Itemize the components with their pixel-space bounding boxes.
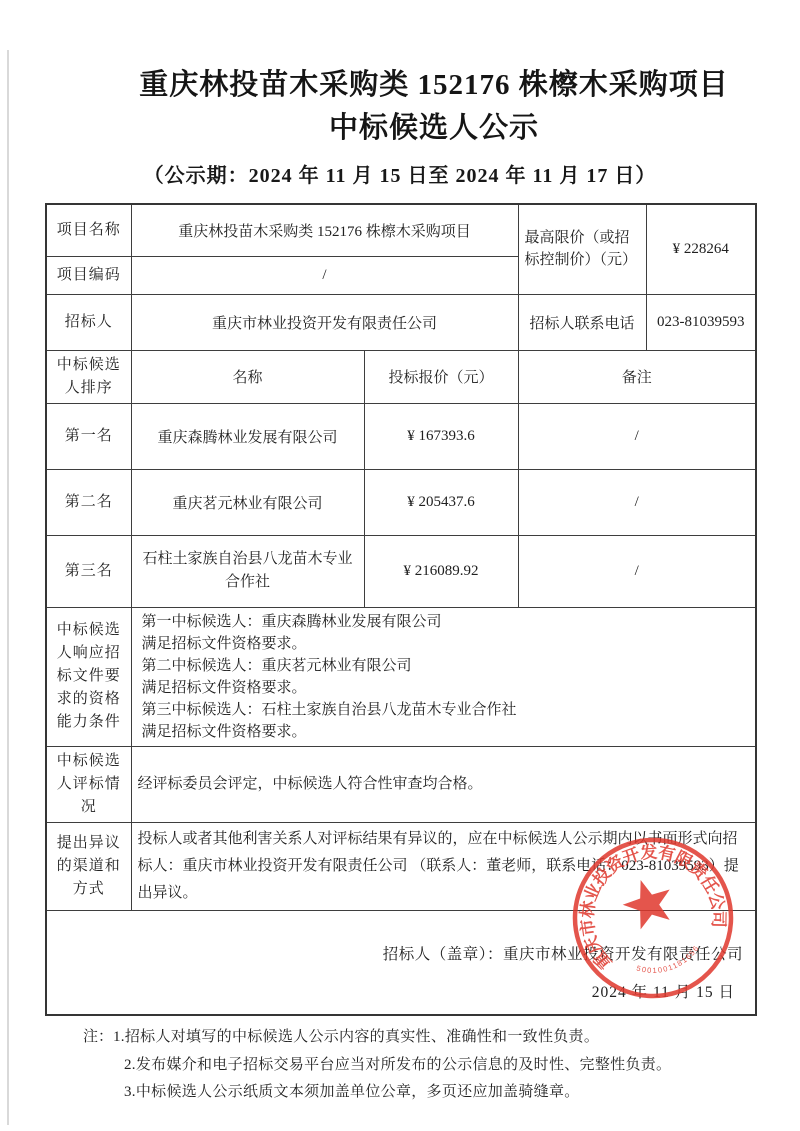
candidate-3-rank: 第三名 [46, 535, 131, 607]
tenderer-phone-label: 招标人联系电话 [518, 294, 646, 350]
notice-document: 重庆林投苗木采购类 152176 株檫木采购项目 中标候选人公示 （公示期：20… [0, 0, 800, 1107]
tenderer-value: 重庆市林业投资开发有限责任公司 [131, 294, 518, 350]
tenderer-phone-value: 023-81039593 [646, 294, 756, 350]
candidate-2-name: 重庆茗元林业有限公司 [131, 469, 364, 535]
footnote-3: 3.中标候选人公示纸质文本须加盖单位公章，多页还应加盖骑缝章。 [124, 1079, 755, 1107]
name-header: 名称 [131, 350, 364, 403]
footnote-1: 1.招标人对填写的中标候选人公示内容的真实性、准确性和一致性负责。 [113, 1024, 755, 1052]
rank-header: 中标候选人排序 [46, 350, 131, 403]
tenderer-label: 招标人 [46, 294, 131, 350]
qualification-line: 第三中标候选人：石柱土家族自治县八龙苗木专业合作社 [138, 699, 750, 721]
remark-header: 备注 [518, 350, 756, 403]
evaluation-content: 经评标委员会评定，中标候选人符合性审查均合格。 [131, 746, 756, 822]
title-line-2: 中标候选人公示 [79, 107, 789, 150]
title-line-1: 重庆林投苗木采购类 152176 株檫木采购项目 [79, 64, 789, 107]
candidate-row-2: 第二名 重庆茗元林业有限公司 ¥ 205437.6 / [46, 469, 756, 535]
qualification-line: 第二中标候选人：重庆茗元林业有限公司 [138, 655, 750, 677]
candidate-1-price: ¥ 167393.6 [364, 403, 518, 469]
max-price-label: 最高限价（或招标控制价）（元） [518, 204, 646, 294]
project-code-label: 项目编码 [46, 256, 131, 294]
candidate-1-name: 重庆森腾林业发展有限公司 [131, 403, 364, 469]
signature-cell: 招标人（盖章）：重庆市林业投资开发有限责任公司 2024 年 11 月 15 日 [46, 910, 756, 1015]
document-title: 重庆林投苗木采购类 152176 株檫木采购项目 中标候选人公示 [79, 64, 789, 150]
candidate-3-price: ¥ 216089.92 [364, 535, 518, 607]
candidate-1-rank: 第一名 [46, 403, 131, 469]
price-header: 投标报价（元） [364, 350, 518, 403]
qualification-line: 满足招标文件资格要求。 [138, 677, 750, 699]
project-name-label: 项目名称 [46, 204, 131, 256]
qualification-line: 满足招标文件资格要求。 [138, 633, 750, 655]
signature-date: 2024 年 11 月 15 日 [53, 964, 749, 1002]
footnotes: 注： 1.招标人对填写的中标候选人公示内容的真实性、准确性和一致性负责。 2.发… [45, 1024, 755, 1107]
objection-label: 提出异议的渠道和方式 [46, 822, 131, 910]
objection-content: 投标人或者其他利害关系人对评标结果有异议的，应在中标候选人公示期内以书面形式向招… [131, 822, 756, 910]
candidate-3-remark: / [518, 535, 756, 607]
project-code-value: / [131, 256, 518, 294]
candidate-2-price: ¥ 205437.6 [364, 469, 518, 535]
qualification-label: 中标候选人响应招标文件要求的资格能力条件 [46, 607, 131, 746]
candidate-2-remark: / [518, 469, 756, 535]
tenderer-signature: 招标人（盖章）：重庆市林业投资开发有限责任公司 [53, 922, 749, 964]
qualification-line: 第一中标候选人：重庆森腾林业发展有限公司 [138, 611, 750, 633]
candidate-2-rank: 第二名 [46, 469, 131, 535]
candidate-1-remark: / [518, 403, 756, 469]
candidate-row-3: 第三名 石柱土家族自治县八龙苗木专业合作社 ¥ 216089.92 / [46, 535, 756, 607]
candidate-row-1: 第一名 重庆森腾林业发展有限公司 ¥ 167393.6 / [46, 403, 756, 469]
publicity-period: （公示期：2024 年 11 月 15 日至 2024 年 11 月 17 日） [45, 159, 755, 188]
max-price-value: ¥ 228264 [646, 204, 756, 294]
evaluation-label: 中标候选人评标情况 [46, 746, 131, 822]
footnote-2: 2.发布媒介和电子招标交易平台应当对所发布的公示信息的及时性、完整性负责。 [124, 1052, 755, 1080]
project-name-value: 重庆林投苗木采购类 152176 株檫木采购项目 [131, 204, 518, 256]
qualification-line: 满足招标文件资格要求。 [138, 721, 750, 743]
qualification-content: 第一中标候选人：重庆森腾林业发展有限公司 满足招标文件资格要求。 第二中标候选人… [131, 607, 756, 746]
candidate-3-name: 石柱土家族自治县八龙苗木专业合作社 [131, 535, 364, 607]
footnotes-label: 注： [83, 1024, 113, 1052]
notice-table: 项目名称 重庆林投苗木采购类 152176 株檫木采购项目 最高限价（或招标控制… [45, 203, 757, 1016]
